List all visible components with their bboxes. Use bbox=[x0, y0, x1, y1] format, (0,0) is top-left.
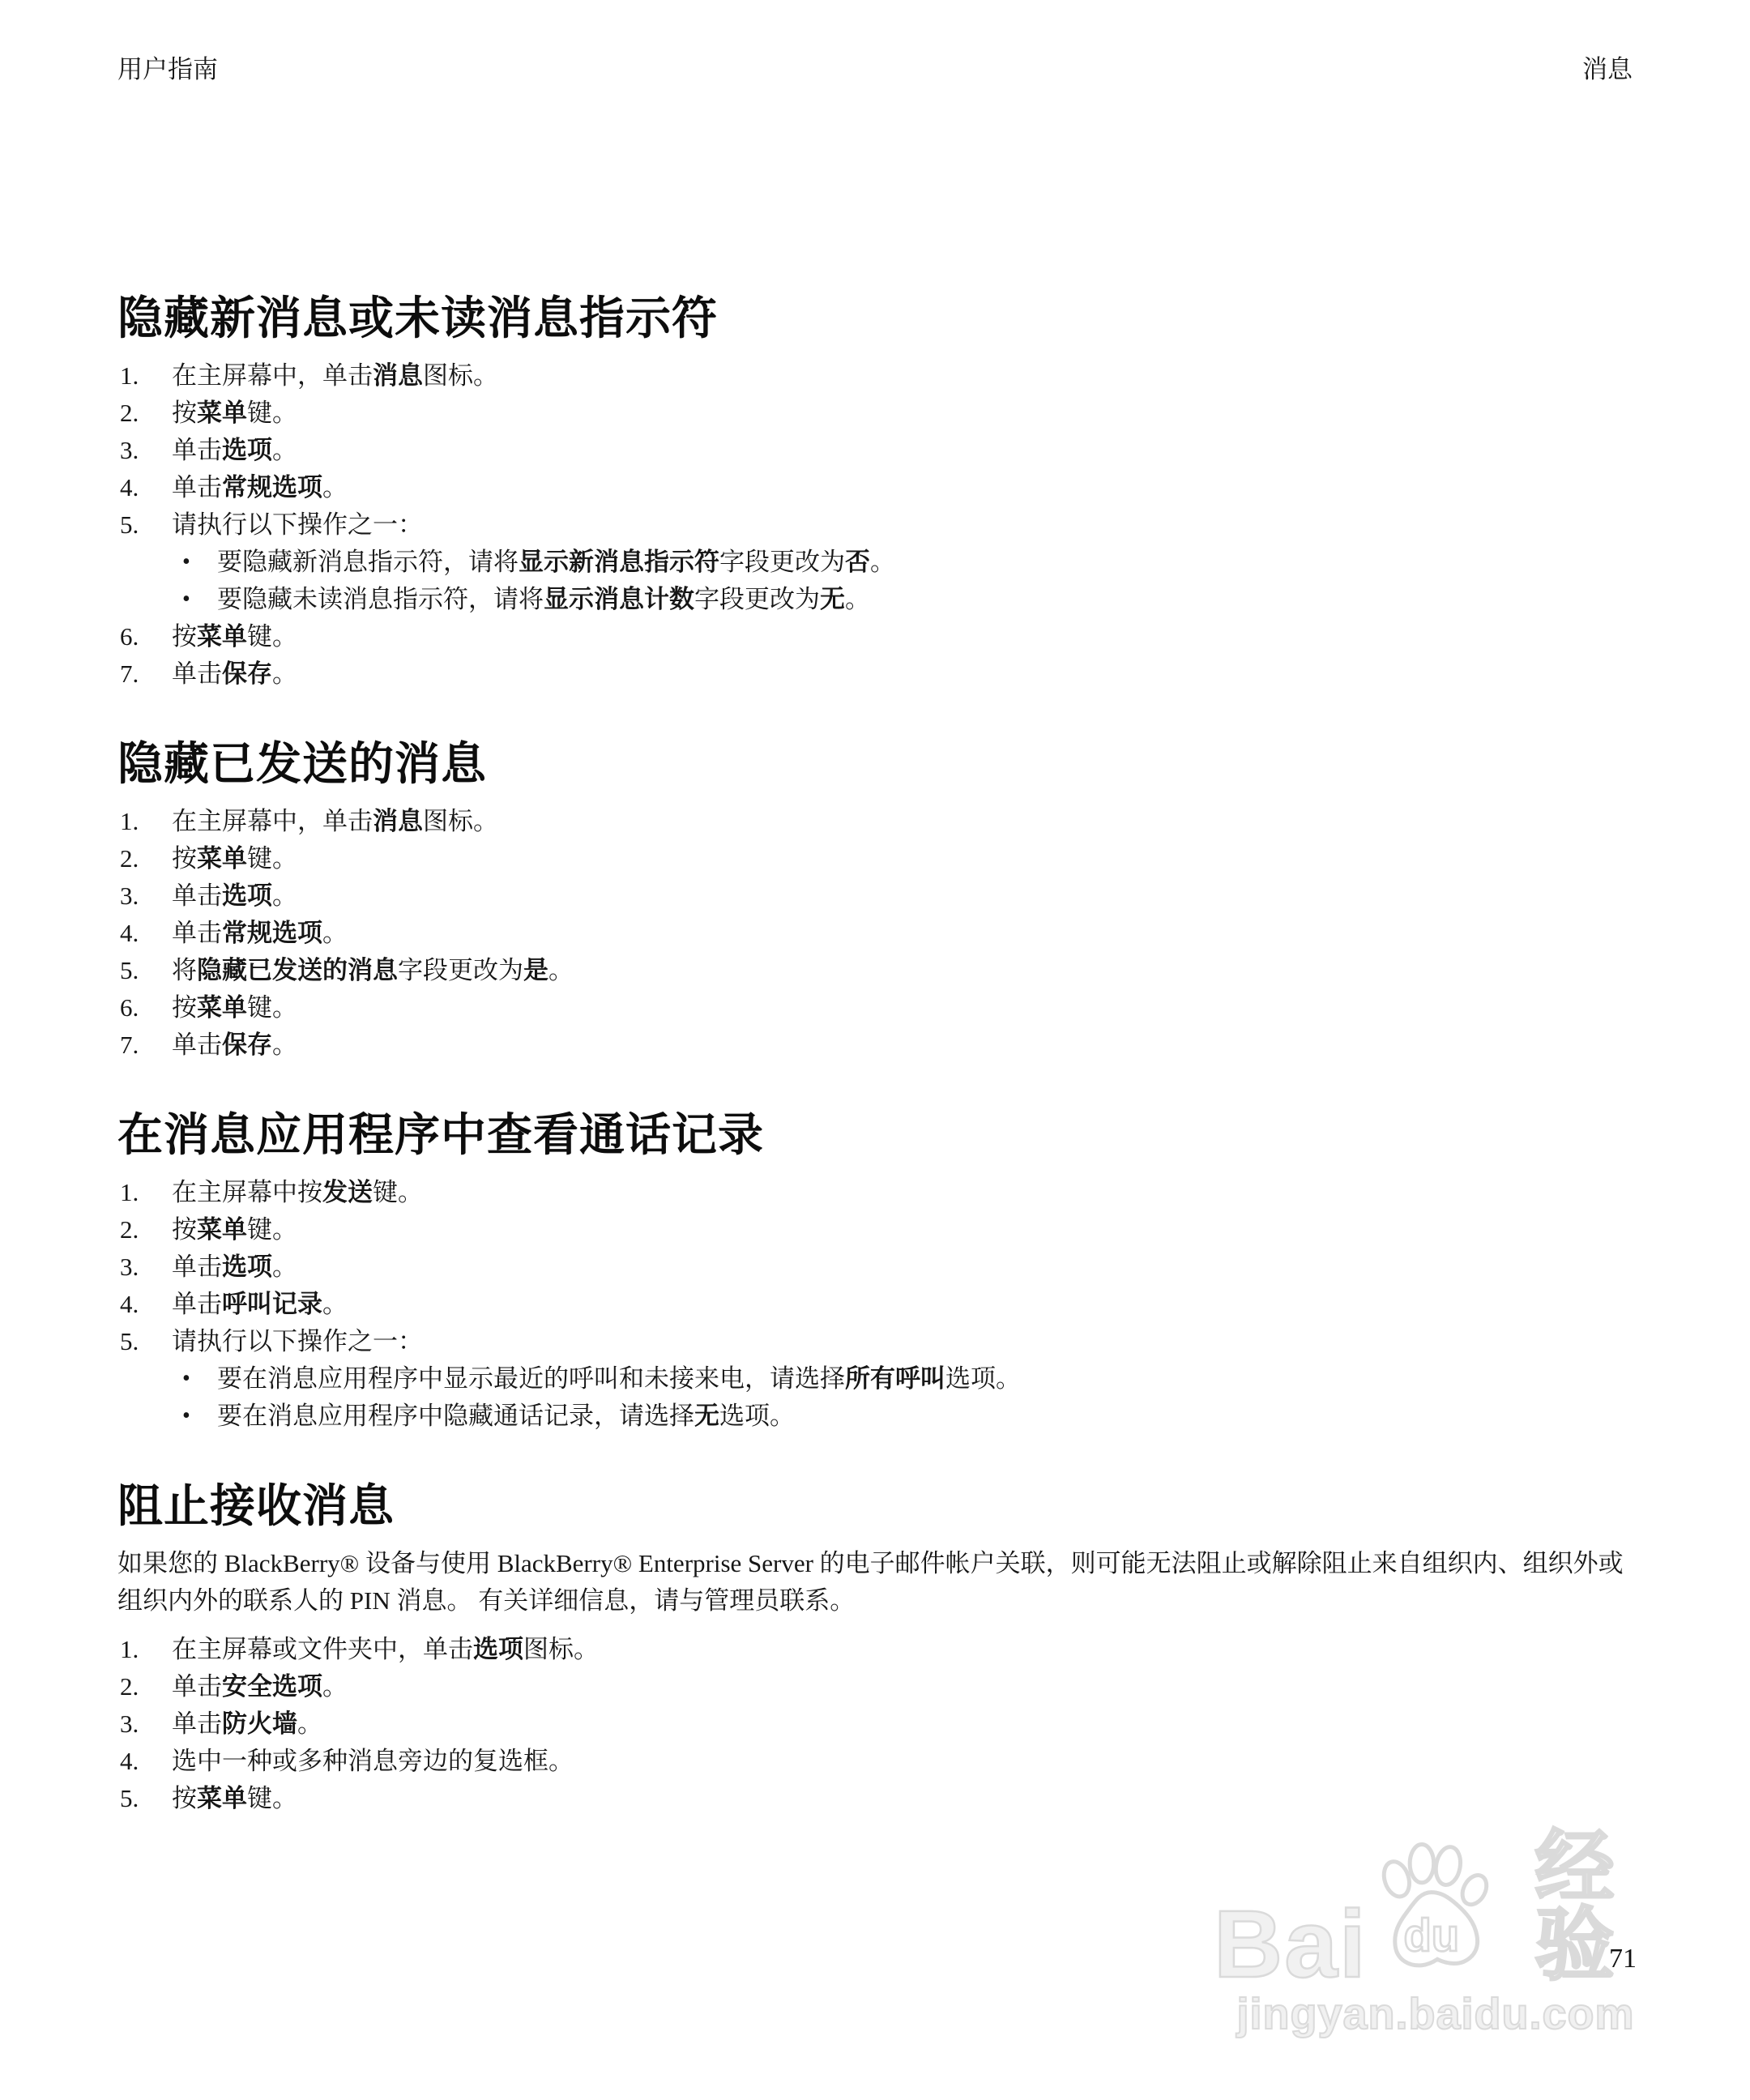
document-section: 阻止接收消息如果您的 BlackBerry® 设备与使用 BlackBerry®… bbox=[117, 1480, 1633, 1817]
step-item: 单击保存。 bbox=[117, 655, 1633, 693]
numbered-step-list: 在主屏幕或文件夹中，单击选项图标。单击安全选项。单击防火墙。选中一种或多种消息旁… bbox=[117, 1631, 1633, 1817]
watermark-bai-text: Bai bbox=[1214, 1906, 1368, 1983]
text-run: 单击 bbox=[172, 1253, 222, 1281]
text-run: 菜单 bbox=[197, 622, 247, 651]
text-run: 字段更改为 bbox=[694, 585, 820, 613]
text-run: 。 bbox=[845, 585, 870, 613]
text-run: 选项 bbox=[222, 1253, 272, 1281]
step-item: 请执行以下操作之一：要在消息应用程序中显示最近的呼叫和未接来电，请选择所有呼叫选… bbox=[117, 1323, 1633, 1435]
text-run: 常规选项 bbox=[222, 919, 322, 947]
page-number: 71 bbox=[1609, 1943, 1637, 1975]
text-run: 。 bbox=[548, 956, 574, 984]
header-right-title: 消息 bbox=[1582, 53, 1633, 86]
text-run: 单击 bbox=[172, 919, 222, 947]
text-run: 键。 bbox=[247, 993, 297, 1022]
text-run: 显示新消息指示符 bbox=[519, 548, 719, 576]
text-run: 按 bbox=[172, 1784, 197, 1812]
section-title: 阻止接收消息 bbox=[117, 1480, 1633, 1532]
text-run: 键。 bbox=[247, 1784, 297, 1812]
document-section: 隐藏新消息或未读消息指示符在主屏幕中，单击消息图标。按菜单键。单击选项。单击常规… bbox=[117, 292, 1633, 693]
baidu-watermark: Bai du 经验 jingyan.baidu.com bbox=[1214, 1828, 1658, 2038]
document-section: 在消息应用程序中查看通话记录在主屏幕中按发送键。按菜单键。单击选项。单击呼叫记录… bbox=[117, 1109, 1633, 1435]
sub-bullet-list: 要隐藏新消息指示符，请将显示新消息指示符字段更改为否。要隐藏未读消息指示符，请将… bbox=[172, 544, 1633, 618]
text-run: 隐藏已发送的消息 bbox=[197, 956, 398, 984]
text-run: 单击 bbox=[172, 1031, 222, 1059]
text-run: 防火墙 bbox=[222, 1709, 297, 1738]
text-run: 键。 bbox=[247, 399, 297, 427]
step-item: 在主屏幕中，单击消息图标。 bbox=[117, 803, 1633, 840]
text-run: 。 bbox=[272, 436, 297, 464]
step-item: 单击选项。 bbox=[117, 877, 1633, 915]
text-run: 图标。 bbox=[423, 361, 498, 390]
step-item: 按菜单键。 bbox=[117, 395, 1633, 432]
step-item: 单击防火墙。 bbox=[117, 1705, 1633, 1743]
step-item: 请执行以下操作之一：要隐藏新消息指示符，请将显示新消息指示符字段更改为否。要隐藏… bbox=[117, 506, 1633, 618]
text-run: 无 bbox=[820, 585, 845, 613]
text-run: 无 bbox=[694, 1402, 719, 1430]
header-left-title: 用户指南 bbox=[117, 53, 218, 86]
text-run: 显示消息计数 bbox=[544, 585, 694, 613]
text-run: 是 bbox=[523, 956, 548, 984]
text-run: 单击 bbox=[172, 881, 222, 910]
text-run: 发送 bbox=[322, 1178, 373, 1206]
text-run: 按 bbox=[172, 844, 197, 873]
text-run: 选中一种或多种消息旁边的复选框。 bbox=[172, 1747, 574, 1775]
text-run: 按 bbox=[172, 993, 197, 1022]
text-run: 请执行以下操作之一： bbox=[172, 510, 423, 539]
step-item: 按菜单键。 bbox=[117, 1211, 1633, 1248]
text-run: 。 bbox=[870, 548, 895, 576]
numbered-step-list: 在主屏幕中按发送键。按菜单键。单击选项。单击呼叫记录。请执行以下操作之一：要在消… bbox=[117, 1174, 1633, 1435]
text-run: 菜单 bbox=[197, 1215, 247, 1244]
text-run: 要隐藏新消息指示符，请将 bbox=[217, 548, 519, 576]
watermark-du-text: du bbox=[1403, 1910, 1459, 1961]
page-content: 隐藏新消息或未读消息指示符在主屏幕中，单击消息图标。按菜单键。单击选项。单击常规… bbox=[0, 292, 1750, 1817]
text-run: 在主屏幕中按 bbox=[172, 1178, 322, 1206]
text-run: 在主屏幕中，单击 bbox=[172, 361, 373, 390]
text-run: 将 bbox=[172, 956, 197, 984]
text-run: 字段更改为 bbox=[719, 548, 845, 576]
watermark-url-text: jingyan.baidu.com bbox=[1214, 1990, 1658, 2038]
bullet-item: 要隐藏未读消息指示符，请将显示消息计数字段更改为无。 bbox=[172, 581, 1633, 618]
text-run: 。 bbox=[272, 1031, 297, 1059]
step-item: 按菜单键。 bbox=[117, 989, 1633, 1027]
step-item: 在主屏幕中，单击消息图标。 bbox=[117, 357, 1633, 395]
step-item: 按菜单键。 bbox=[117, 618, 1633, 655]
text-run: 所有呼叫 bbox=[845, 1364, 945, 1393]
step-item: 单击安全选项。 bbox=[117, 1668, 1633, 1705]
page: { "header": { "left": "用户指南", "right": "… bbox=[0, 0, 1750, 2100]
text-run: 。 bbox=[297, 1709, 322, 1738]
step-item: 单击常规选项。 bbox=[117, 469, 1633, 506]
text-run: 要隐藏未读消息指示符，请将 bbox=[217, 585, 544, 613]
step-item: 单击呼叫记录。 bbox=[117, 1286, 1633, 1323]
text-run: 保存 bbox=[222, 1031, 272, 1059]
text-run: 字段更改为 bbox=[398, 956, 523, 984]
bullet-item: 要在消息应用程序中隐藏通话记录，请选择无选项。 bbox=[172, 1398, 1633, 1435]
step-item: 按菜单键。 bbox=[117, 1780, 1633, 1817]
text-run: 要在消息应用程序中隐藏通话记录，请选择 bbox=[217, 1402, 694, 1430]
step-item: 单击选项。 bbox=[117, 432, 1633, 469]
text-run: 要在消息应用程序中显示最近的呼叫和未接来电，请选择 bbox=[217, 1364, 845, 1393]
text-run: 图标。 bbox=[423, 807, 498, 835]
text-run: 按 bbox=[172, 1215, 197, 1244]
text-run: 。 bbox=[272, 659, 297, 688]
step-item: 单击常规选项。 bbox=[117, 915, 1633, 952]
step-item: 在主屏幕中按发送键。 bbox=[117, 1174, 1633, 1211]
text-run: 按 bbox=[172, 399, 197, 427]
step-item: 单击保存。 bbox=[117, 1027, 1633, 1064]
text-run: 。 bbox=[272, 1253, 297, 1281]
text-run: 。 bbox=[272, 881, 297, 910]
section-title: 在消息应用程序中查看通话记录 bbox=[117, 1109, 1633, 1161]
text-run: 菜单 bbox=[197, 844, 247, 873]
bullet-item: 要隐藏新消息指示符，请将显示新消息指示符字段更改为否。 bbox=[172, 544, 1633, 581]
section-paragraph: 如果您的 BlackBerry® 设备与使用 BlackBerry® Enter… bbox=[117, 1545, 1633, 1620]
text-run: 菜单 bbox=[197, 399, 247, 427]
sub-bullet-list: 要在消息应用程序中显示最近的呼叫和未接来电，请选择所有呼叫选项。要在消息应用程序… bbox=[172, 1360, 1633, 1435]
text-run: 保存 bbox=[222, 659, 272, 688]
section-title: 隐藏新消息或未读消息指示符 bbox=[117, 292, 1633, 344]
text-run: 单击 bbox=[172, 1672, 222, 1701]
page-header: 用户指南 消息 bbox=[117, 53, 1633, 86]
text-run: 键。 bbox=[247, 1215, 297, 1244]
step-item: 将隐藏已发送的消息字段更改为是。 bbox=[117, 952, 1633, 989]
text-run: 。 bbox=[322, 919, 348, 947]
text-run: 。 bbox=[322, 1290, 348, 1318]
text-run: 键。 bbox=[373, 1178, 423, 1206]
text-run: 选项 bbox=[222, 881, 272, 910]
text-run: 键。 bbox=[247, 622, 297, 651]
section-title: 隐藏已发送的消息 bbox=[117, 738, 1633, 790]
text-run: 菜单 bbox=[197, 993, 247, 1022]
text-run: 。 bbox=[322, 473, 348, 502]
text-run: 单击 bbox=[172, 1290, 222, 1318]
text-run: 呼叫记录 bbox=[222, 1290, 322, 1318]
text-run: 消息 bbox=[373, 361, 423, 390]
baidu-paw-icon: du bbox=[1364, 1836, 1498, 1983]
step-item: 选中一种或多种消息旁边的复选框。 bbox=[117, 1743, 1633, 1780]
text-run: 选项 bbox=[473, 1635, 523, 1663]
step-item: 按菜单键。 bbox=[117, 840, 1633, 877]
step-item: 在主屏幕或文件夹中，单击选项图标。 bbox=[117, 1631, 1633, 1668]
text-run: 在主屏幕中，单击 bbox=[172, 807, 373, 835]
text-run: 。 bbox=[322, 1672, 348, 1701]
text-run: 选项。 bbox=[719, 1402, 795, 1430]
text-run: 选项。 bbox=[945, 1364, 1021, 1393]
numbered-step-list: 在主屏幕中，单击消息图标。按菜单键。单击选项。单击常规选项。请执行以下操作之一：… bbox=[117, 357, 1633, 693]
text-run: 否 bbox=[845, 548, 870, 576]
text-run: 请执行以下操作之一： bbox=[172, 1327, 423, 1355]
text-run: 单击 bbox=[172, 473, 222, 502]
text-run: 消息 bbox=[373, 807, 423, 835]
text-run: 单击 bbox=[172, 659, 222, 688]
text-run: 单击 bbox=[172, 1709, 222, 1738]
numbered-step-list: 在主屏幕中，单击消息图标。按菜单键。单击选项。单击常规选项。将隐藏已发送的消息字… bbox=[117, 803, 1633, 1064]
text-run: 图标。 bbox=[523, 1635, 599, 1663]
text-run: 选项 bbox=[222, 436, 272, 464]
text-run: 单击 bbox=[172, 436, 222, 464]
bullet-item: 要在消息应用程序中显示最近的呼叫和未接来电，请选择所有呼叫选项。 bbox=[172, 1360, 1633, 1398]
step-item: 单击选项。 bbox=[117, 1248, 1633, 1286]
document-section: 隐藏已发送的消息在主屏幕中，单击消息图标。按菜单键。单击选项。单击常规选项。将隐… bbox=[117, 738, 1633, 1064]
text-run: 键。 bbox=[247, 844, 297, 873]
watermark-logo-row: Bai du 经验 bbox=[1214, 1828, 1658, 1983]
text-run: 按 bbox=[172, 622, 197, 651]
text-run: 在主屏幕或文件夹中，单击 bbox=[172, 1635, 473, 1663]
text-run: 安全选项 bbox=[222, 1672, 322, 1701]
text-run: 菜单 bbox=[197, 1784, 247, 1812]
text-run: 常规选项 bbox=[222, 473, 322, 502]
